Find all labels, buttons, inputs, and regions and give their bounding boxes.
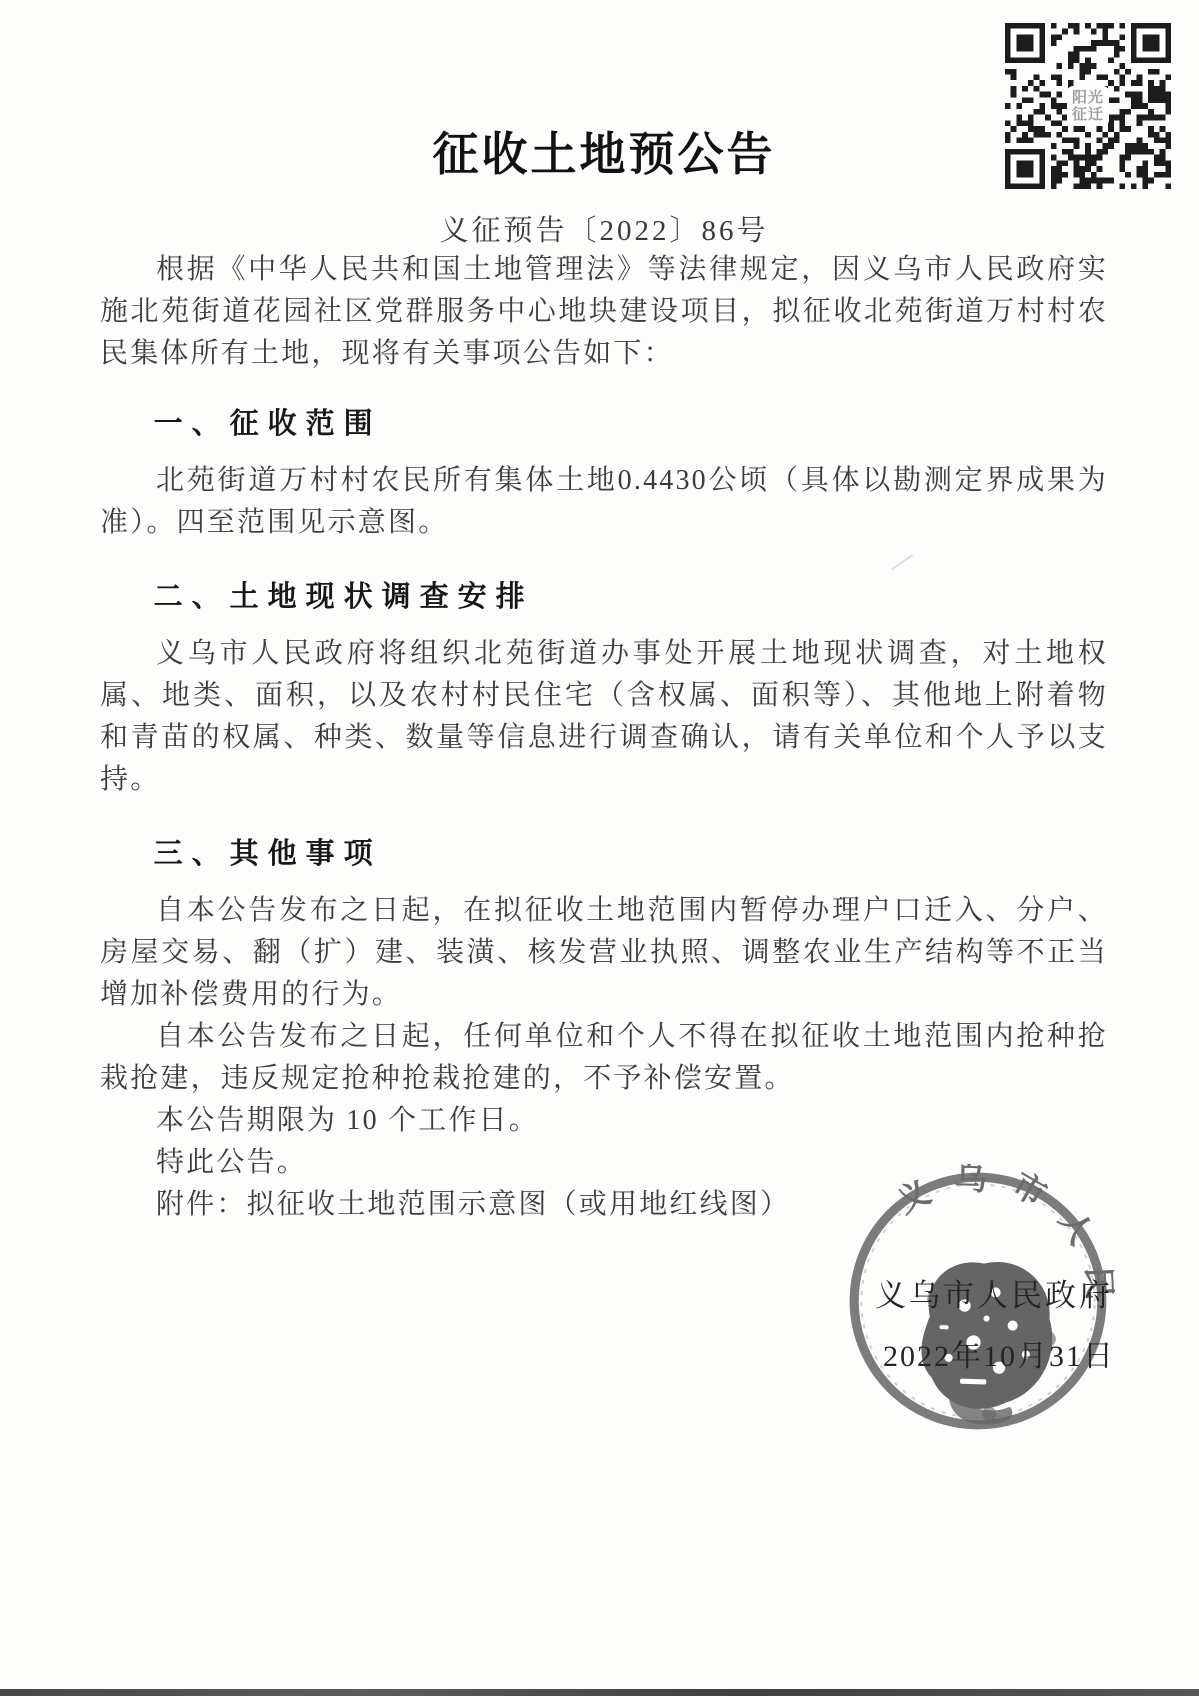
notice-period-line: 本公告期限为 10 个工作日。 (100, 1100, 1108, 1142)
scan-bottom-edge (0, 1689, 1199, 1696)
section-3-paragraph-1: 自本公告发布之日起，在拟征收土地范围内暂停办理户口迁入、分户、房屋交易、翻（扩）… (100, 890, 1108, 1016)
section-2-paragraph: 义乌市人民政府将组织北苑街道办事处开展土地现状调查，对土地权属、地类、面积，以及… (100, 633, 1108, 801)
signature-issuer: 义乌市人民政府 (875, 1270, 1113, 1315)
scanned-announcement-page: 阳光 征迁 征收土地预公告 义征预告〔2022〕86号 根据《中华人民共和国土地… (0, 0, 1199, 1696)
section-1-paragraph: 北苑街道万村村农民所有集体土地0.4430公顷（具体以勘测定界成果为准）。四至范… (100, 460, 1108, 544)
page-title: 征收土地预公告 (100, 118, 1108, 184)
document-body: 征收土地预公告 义征预告〔2022〕86号 根据《中华人民共和国土地管理法》等法… (100, 0, 1108, 1226)
document-number: 义征预告〔2022〕86号 (100, 208, 1108, 249)
intro-paragraph: 根据《中华人民共和国土地管理法》等法律规定，因义乌市人民政府实施北苑街道花园社区… (100, 249, 1108, 375)
section-3-heading: 三、其他事项 (100, 831, 1108, 872)
signature-date: 2022年10月31日 (883, 1331, 1115, 1375)
section-1-heading: 一、征收范围 (100, 401, 1108, 442)
section-2-heading: 二、土地现状调查安排 (100, 574, 1108, 615)
section-3-paragraph-2: 自本公告发布之日起，任何单位和个人不得在拟征收土地范围内抢种抢栽抢建，违反规定抢… (100, 1016, 1108, 1100)
